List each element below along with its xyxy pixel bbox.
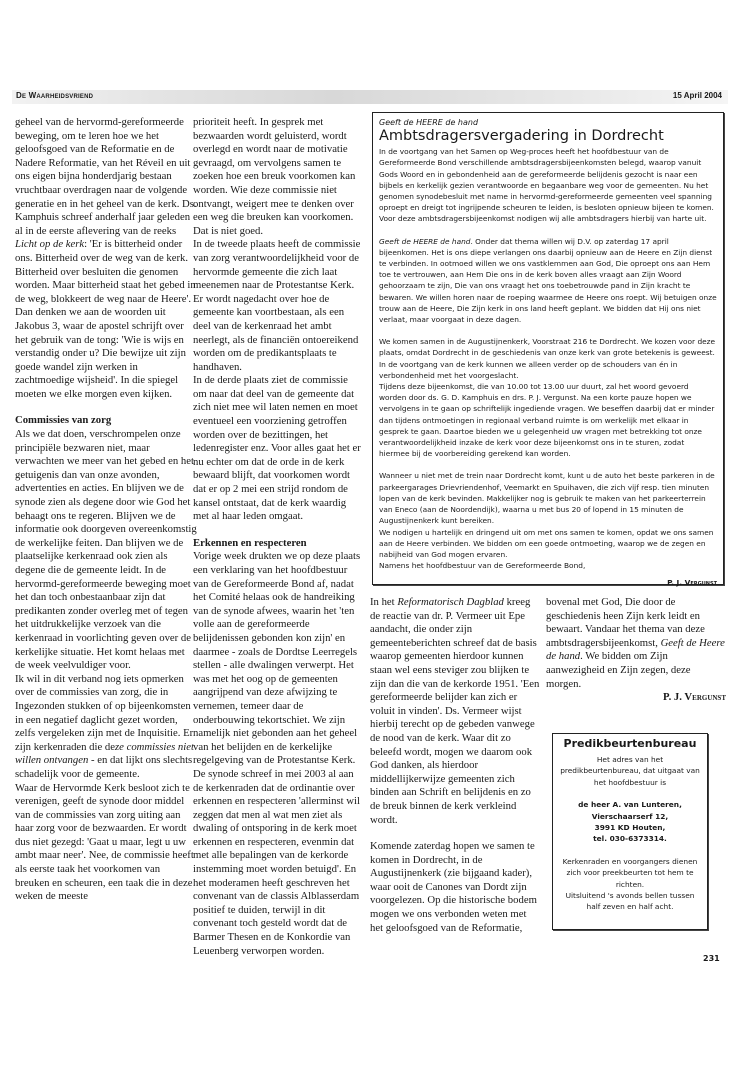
address-city: 3991 KD Houten, (559, 822, 701, 833)
article-column-3: In het Reformatorisch Dagblad kreeg de r… (370, 596, 542, 935)
paragraph: Als we dat doen, verschrompelen onze pri… (15, 428, 197, 673)
notice-kicker: Geeft de HEERE de hand (379, 117, 717, 128)
text: . Onder dat thema willen wij D.V. op zat… (379, 237, 717, 324)
meeting-notice-box: Geeft de HEERE de hand Ambtsdragersverga… (372, 112, 724, 585)
article-column-1: geheel van de hervormd-gereformeerde bew… (15, 116, 197, 904)
box-note: Kerkenraden en voorgangers dienen zich v… (559, 856, 701, 890)
text: geheel van de hervormd-gereformeerde bew… (15, 116, 197, 237)
box-intro: Het adres van het predikbeurtenbureau, d… (559, 754, 701, 788)
paragraph: Wanneer u niet met de trein naar Dordrec… (379, 470, 717, 526)
paragraph: Namens het hoofdbestuur van de Gereforme… (379, 560, 717, 571)
paragraph: Waar de Hervormde Kerk besloot zich te v… (15, 782, 197, 904)
paragraph: In het Reformatorisch Dagblad kreeg de r… (370, 596, 542, 827)
article-column-2: prioriteit heeft. In gesprek met bezwaar… (193, 116, 363, 958)
paragraph: Ik wil in dit verband nog iets opmerken … (15, 673, 197, 782)
paragraph: We nodigen u hartelijk en dringend uit o… (379, 527, 717, 561)
paragraph: Geeft de HEERE de hand. Onder dat thema … (379, 236, 717, 326)
text: In het (370, 596, 397, 608)
series-title: Licht op de kerk (15, 238, 84, 250)
box-note: Uitsluitend 's avonds bellen tussen half… (559, 890, 701, 913)
text: kreeg de reactie van dr. P. Vermeer uit … (370, 596, 539, 826)
paragraph: geheel van de hervormd-gereformeerde bew… (15, 116, 197, 401)
predikbeurten-box: Predikbeurtenbureau Het adres van het pr… (552, 733, 708, 930)
paragraph: prioriteit heeft. In gesprek met bezwaar… (193, 116, 363, 238)
notice-title: Ambtsdragersvergadering in Dordrecht (379, 128, 717, 145)
paragraph: In de voortgang van het Samen op Weg-pro… (379, 146, 717, 224)
publication-name: De Waarheidsvriend (16, 91, 93, 100)
box-title: Predikbeurtenbureau (559, 737, 701, 751)
theme: Geeft de HEERE de hand (379, 237, 470, 246)
subheading-commissies: Commissies van zorg (15, 414, 197, 428)
paragraph: We komen samen in de Augustijnenkerk, Vo… (379, 336, 717, 381)
running-header: De Waarheidsvriend 15 April 2004 (12, 90, 728, 104)
paragraph: In de tweede plaats heeft de commissie v… (193, 238, 363, 374)
notice-signature: P. J. Vergunst (379, 577, 717, 588)
address-name: de heer A. van Lunteren, (559, 799, 701, 810)
subheading-erkennen: Erkennen en respecteren (193, 537, 363, 551)
paragraph: Tijdens deze bijeenkomst, die van 10.00 … (379, 381, 717, 459)
paragraph: In de derde plaats ziet de commissie om … (193, 374, 363, 524)
text: : 'Er is bitterheid onder ons. Bitterhei… (15, 238, 196, 400)
address-street: Vierschaarserf 12, (559, 811, 701, 822)
newspaper-title: Reformatorisch Dagblad (397, 596, 504, 608)
paragraph: Vorige week drukten we op deze plaats ee… (193, 550, 363, 958)
author-signature: P. J. Vergunst (546, 691, 726, 705)
article-column-4: bovenal met God, Die door de geschiedeni… (546, 596, 726, 705)
page-number: 231 (703, 954, 720, 963)
paragraph: Komende zaterdag hopen we samen te komen… (370, 840, 542, 935)
paragraph: bovenal met God, Die door de geschiedeni… (546, 596, 726, 691)
issue-date: 15 April 2004 (673, 91, 722, 100)
address-phone: tel. 030-6373314. (559, 833, 701, 844)
